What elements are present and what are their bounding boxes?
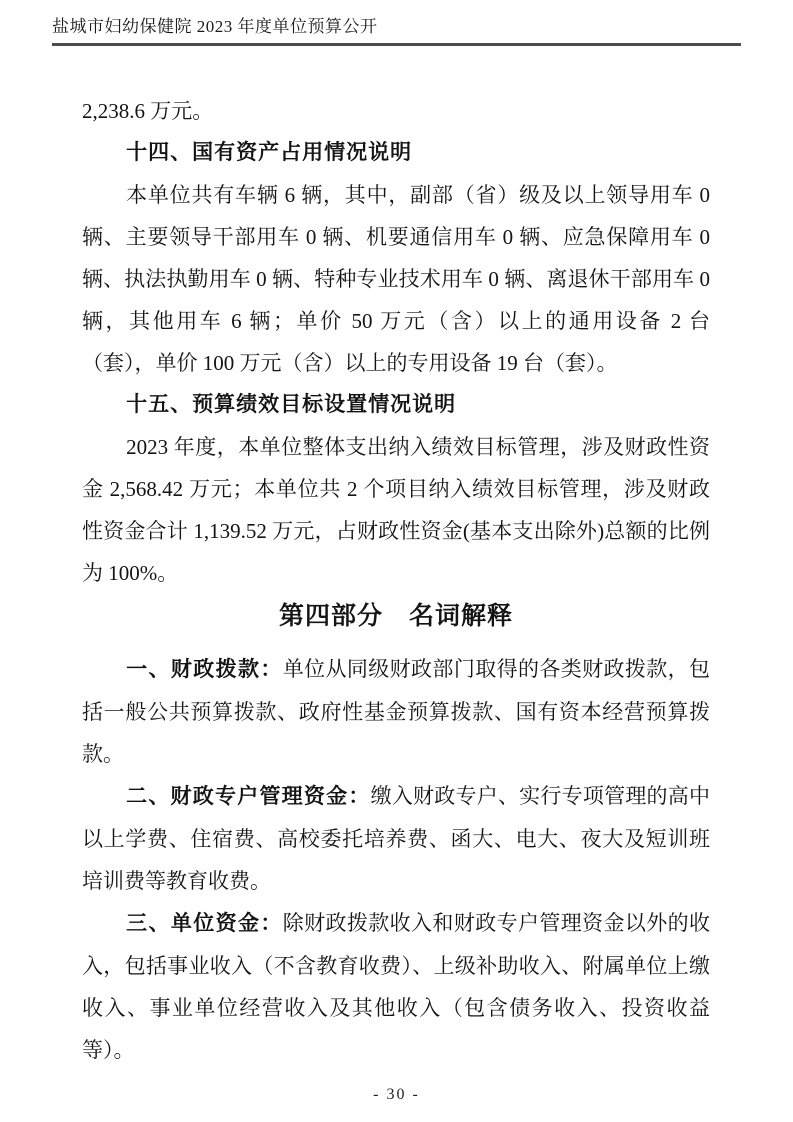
section-15-paragraph: 2023 年度，本单位整体支出纳入绩效目标管理，涉及财政性资金 2,568.42… <box>82 426 710 594</box>
term-paragraph-3: 三、单位资金：除财政拨款收入和财政专户管理资金以外的收入，包括事业收入（不含教育… <box>82 902 710 1071</box>
carryover-paragraph: 2,238.6 万元。 <box>82 90 710 132</box>
term-paragraph-2: 二、财政专户管理资金：缴入财政专户、实行专项管理的高中以上学费、住宿费、高校委托… <box>82 775 710 902</box>
term-1-lead: 一、财政拨款： <box>126 658 283 681</box>
document-body: 2,238.6 万元。 十四、国有资产占用情况说明 本单位共有车辆 6 辆，其中… <box>82 90 710 1071</box>
header-title: 盐城市妇幼保健院 2023 年度单位预算公开 <box>52 17 378 36</box>
page-header: 盐城市妇幼保健院 2023 年度单位预算公开 <box>52 16 741 46</box>
term-3-lead: 三、单位资金： <box>126 912 283 935</box>
section-14-paragraph: 本单位共有车辆 6 辆，其中，副部（省）级及以上领导用车 0 辆、主要领导干部用… <box>82 174 710 384</box>
term-2-lead: 二、财政专户管理资金： <box>126 785 371 808</box>
page-number: - 30 - <box>373 1086 420 1103</box>
section-14-heading: 十四、国有资产占用情况说明 <box>82 132 710 174</box>
part-4-title: 第四部分 名词解释 <box>82 594 710 638</box>
page-footer: - 30 - <box>0 1086 793 1104</box>
section-15-heading: 十五、预算绩效目标设置情况说明 <box>82 384 710 426</box>
document-page: 盐城市妇幼保健院 2023 年度单位预算公开 2,238.6 万元。 十四、国有… <box>0 0 793 1122</box>
term-paragraph-1: 一、财政拨款：单位从同级财政部门取得的各类财政拨款，包括一般公共预算拨款、政府性… <box>82 648 710 775</box>
